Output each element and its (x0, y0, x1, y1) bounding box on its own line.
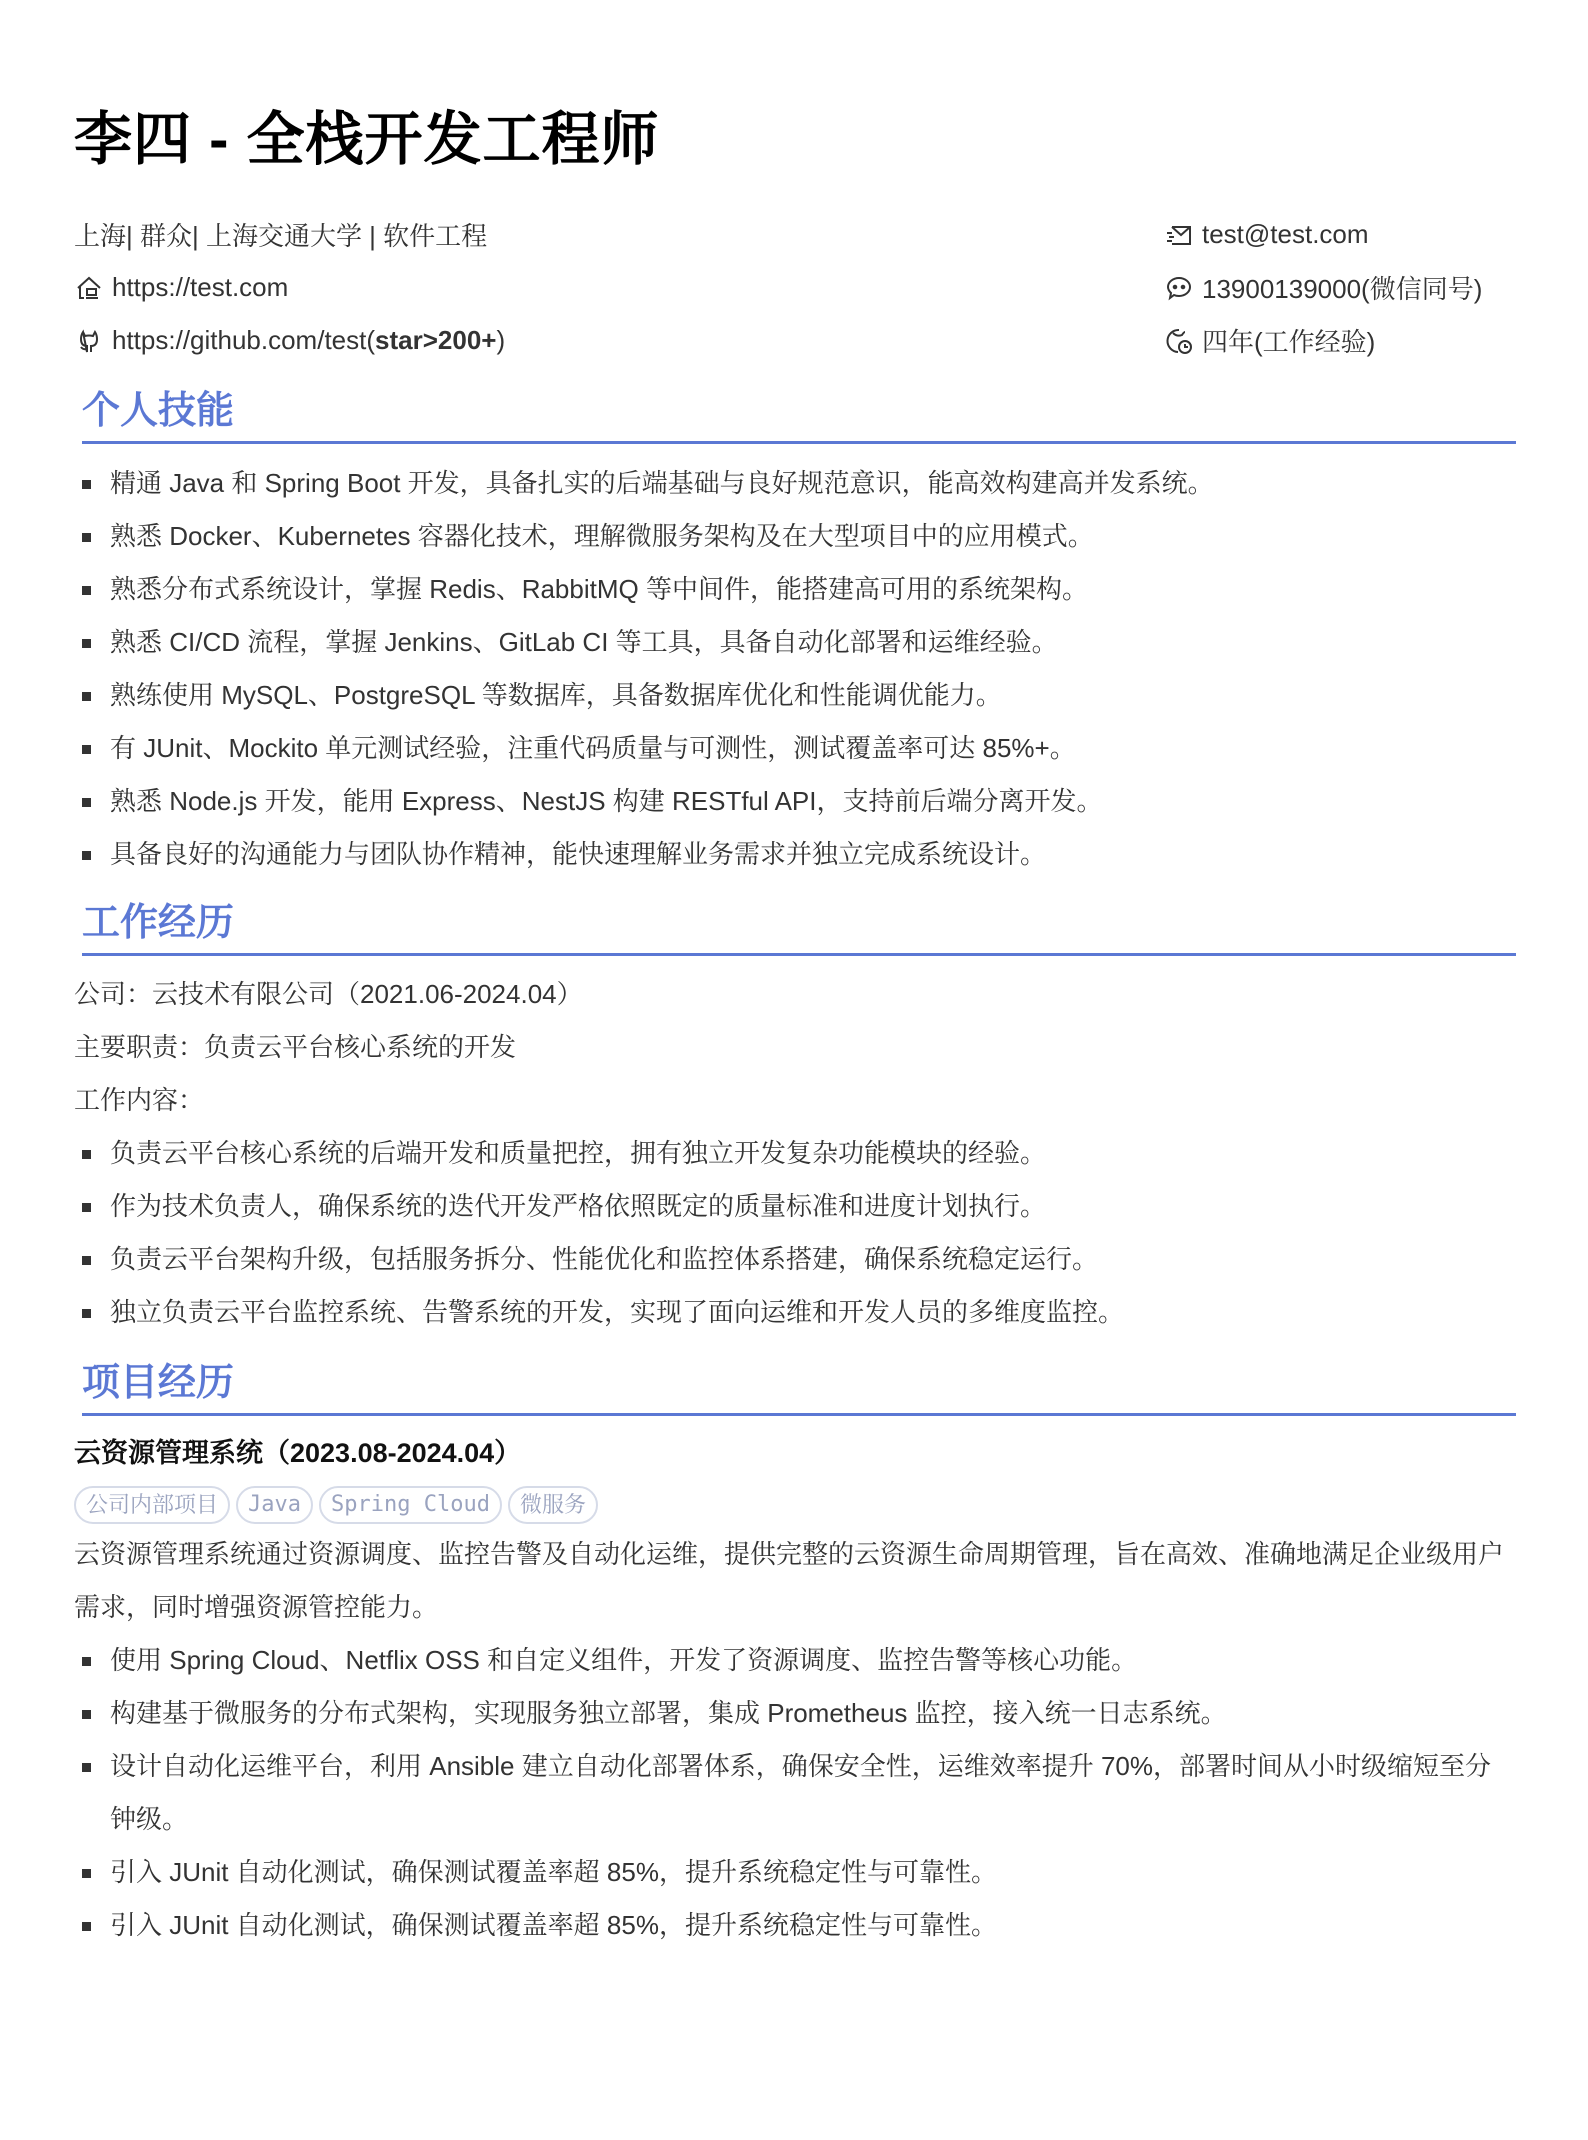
list-item: 负责云平台架构升级，包括服务拆分、性能优化和监控体系搭建，确保系统稳定运行。 (74, 1233, 1516, 1286)
globe-clock-icon (1164, 326, 1194, 356)
list-item: 熟悉 Docker、Kubernetes 容器化技术，理解微服务架构及在大型项目… (74, 510, 1516, 563)
section-projects-heading: 项目经历 (82, 1358, 1516, 1416)
section-title: 个人技能 (82, 385, 234, 437)
wechat-icon (1164, 273, 1194, 303)
section-title: 工作经历 (82, 897, 234, 949)
experience-text: 四年(工作经验) (1202, 322, 1375, 359)
list-item: 引入 JUnit 自动化测试，确保测试覆盖率超 85%，提升系统稳定性与可靠性。 (74, 1899, 1516, 1952)
tag: Java (236, 1486, 313, 1524)
website-link[interactable]: https://test.com (112, 272, 288, 303)
list-item: 具备良好的沟通能力与团队协作精神，能快速理解业务需求并独立完成系统设计。 (74, 828, 1516, 881)
phone-text: 13900139000(微信同号) (1202, 269, 1482, 306)
list-item: 构建基于微服务的分布式架构，实现服务独立部署，集成 Prometheus 监控，… (74, 1687, 1516, 1740)
skills-list: 精通 Java 和 Spring Boot 开发，具备扎实的后端基础与良好规范意… (74, 457, 1516, 881)
project-tags: 公司内部项目 Java Spring Cloud 微服务 (74, 1486, 1516, 1524)
list-item: 熟悉 CI/CD 流程，掌握 Jenkins、GitLab CI 等工具，具备自… (74, 616, 1516, 669)
work-list: 负责云平台核心系统的后端开发和质量把控，拥有独立开发复杂功能模块的经验。 作为技… (74, 1127, 1516, 1339)
tag: 公司内部项目 (74, 1486, 230, 1524)
github-link[interactable]: https://github.com/test (112, 325, 366, 356)
github-row: https://github.com/test (star>200+) (74, 314, 505, 367)
list-item: 精通 Java 和 Spring Boot 开发，具备扎实的后端基础与良好规范意… (74, 457, 1516, 510)
section-skills-heading: 个人技能 (82, 386, 1516, 444)
work-block: 公司：云技术有限公司（2021.06-2024.04） 主要职责：负责云平台核心… (74, 968, 1516, 1339)
home-icon (74, 273, 104, 303)
email-text[interactable]: test@test.com (1202, 219, 1369, 250)
work-company: 公司：云技术有限公司（2021.06-2024.04） (74, 968, 1516, 1021)
list-item: 熟悉 Node.js 开发，能用 Express、NestJS 构建 RESTf… (74, 775, 1516, 828)
list-item: 独立负责云平台监控系统、告警系统的开发，实现了面向运维和开发人员的多维度监控。 (74, 1286, 1516, 1339)
github-paren-close: ) (496, 325, 505, 356)
project-description: 云资源管理系统通过资源调度、监控告警及自动化运维，提供完整的云资源生命周期管理，… (74, 1528, 1516, 1634)
experience-row: 四年(工作经验) (1164, 314, 1482, 367)
website-row: https://test.com (74, 261, 505, 314)
section-title: 项目经历 (82, 1357, 234, 1409)
github-stars: star>200+ (375, 325, 496, 356)
work-content-label: 工作内容： (74, 1074, 1516, 1127)
basic-info-text: 上海| 群众| 上海交通大学 | 软件工程 (74, 216, 487, 253)
basic-info: 上海| 群众| 上海交通大学 | 软件工程 (74, 208, 505, 261)
project-item: 云资源管理系统（2023.08-2024.04） 公司内部项目 Java Spr… (74, 1424, 1516, 1952)
github-paren-open: ( (366, 325, 375, 356)
list-item: 作为技术负责人，确保系统的迭代开发严格依照既定的质量标准和进度计划执行。 (74, 1180, 1516, 1233)
project-list: 使用 Spring Cloud、Netflix OSS 和自定义组件，开发了资源… (74, 1634, 1516, 1952)
contact-left: 上海| 群众| 上海交通大学 | 软件工程 https://test.com h… (74, 208, 505, 367)
mail-icon (1164, 220, 1194, 250)
list-item: 熟练使用 MySQL、PostgreSQL 等数据库，具备数据库优化和性能调优能… (74, 669, 1516, 722)
list-item: 引入 JUnit 自动化测试，确保测试覆盖率超 85%，提升系统稳定性与可靠性。 (74, 1846, 1516, 1899)
project-title: 云资源管理系统（2023.08-2024.04） (74, 1424, 1516, 1482)
list-item: 熟悉分布式系统设计，掌握 Redis、RabbitMQ 等中间件，能搭建高可用的… (74, 563, 1516, 616)
contact-right: test@test.com 13900139000(微信同号) 四年(工作经验) (1164, 208, 1482, 367)
list-item: 有 JUnit、Mockito 单元测试经验，注重代码质量与可测性，测试覆盖率可… (74, 722, 1516, 775)
resume-title: 李四 - 全栈开发工程师 (74, 100, 660, 180)
list-item: 设计自动化运维平台，利用 Ansible 建立自动化部署体系，确保安全性，运维效… (74, 1740, 1516, 1846)
section-work-heading: 工作经历 (82, 898, 1516, 956)
work-duty: 主要职责：负责云平台核心系统的开发 (74, 1021, 1516, 1074)
github-icon (74, 326, 104, 356)
tag: 微服务 (508, 1486, 598, 1524)
tag: Spring Cloud (319, 1486, 502, 1524)
list-item: 负责云平台核心系统的后端开发和质量把控，拥有独立开发复杂功能模块的经验。 (74, 1127, 1516, 1180)
list-item: 使用 Spring Cloud、Netflix OSS 和自定义组件，开发了资源… (74, 1634, 1516, 1687)
phone-row: 13900139000(微信同号) (1164, 261, 1482, 314)
email-row: test@test.com (1164, 208, 1482, 261)
